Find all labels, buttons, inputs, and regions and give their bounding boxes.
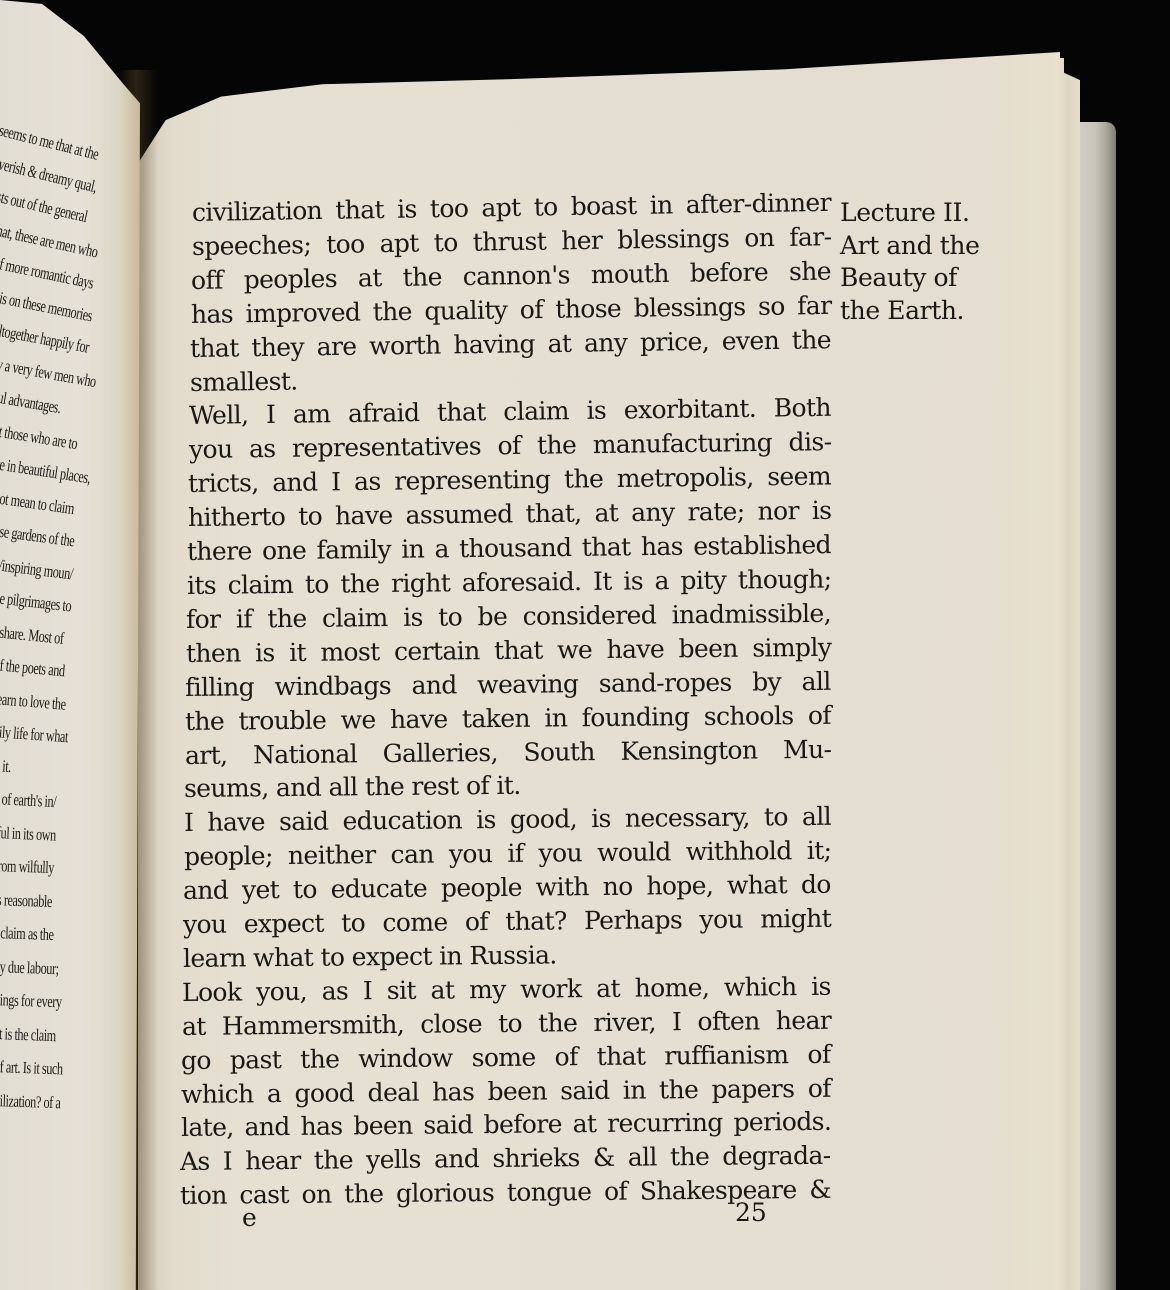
text-line: tion cast on the glorious tongue of Shak…: [180, 1173, 831, 1213]
left-text-line: at is the claim: [0, 1017, 103, 1054]
text-line: at Hammersmith, close to the river, I of…: [182, 1004, 831, 1044]
left-text-line: from wilfully: [0, 849, 103, 886]
margin-heading-line: the Earth.: [840, 295, 980, 328]
text-line: the trouble we have taken in founding sc…: [185, 698, 831, 738]
text-line: filling windbags and weaving sand-ropes …: [185, 664, 831, 704]
left-text-line: I claim as the: [0, 916, 103, 953]
left-page-text: t seems to me that at theeverish & dream…: [0, 112, 144, 1117]
page-number: 25: [735, 1198, 767, 1227]
left-text-line: e of earth's in/: [0, 782, 103, 821]
margin-heading-line: Beauty of: [840, 262, 980, 295]
left-text-line: is reasonable: [0, 883, 103, 920]
text-line: go past the window some of that ruffiani…: [181, 1037, 831, 1077]
right-page-body-text: civilization that is too apt to boast in…: [186, 196, 831, 1213]
left-text-line: by due labour;: [0, 950, 103, 987]
margin-heading: Lecture II.Art and theBeauty ofthe Earth…: [840, 197, 980, 327]
margin-heading-line: Art and the: [840, 230, 980, 263]
signature-mark: e: [242, 1203, 257, 1232]
text-line: then is it most certain that we have bee…: [185, 631, 831, 671]
left-text-line: iful in its own: [0, 816, 103, 854]
book-photo: t seems to me that at theeverish & dream…: [0, 0, 1170, 1290]
left-text-line: vilization? of a: [0, 1084, 103, 1121]
left-page: t seems to me that at theeverish & dream…: [0, 0, 140, 1290]
margin-heading-line: Lecture II.: [840, 197, 980, 230]
left-text-line: dings for every: [0, 983, 103, 1020]
left-text-line: of art. Is it such: [0, 1050, 103, 1087]
